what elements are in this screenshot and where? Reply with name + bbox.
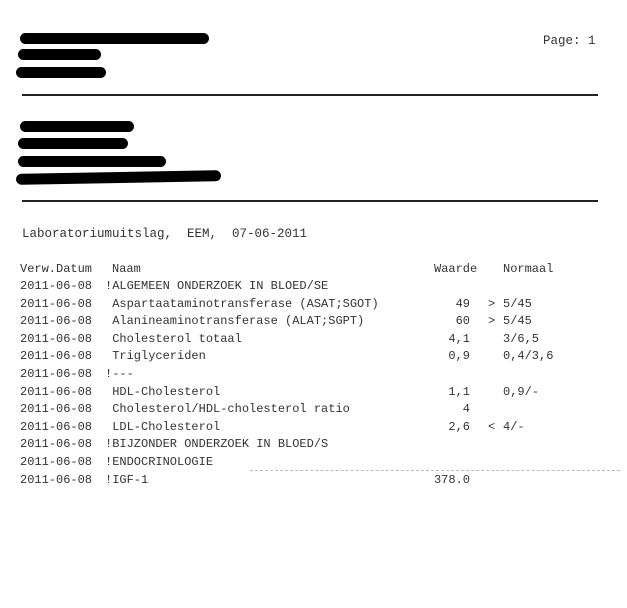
table-row: 2011-06-08!BIJZONDER ONDERZOEK IN BLOED/… [20, 437, 610, 454]
table-row: 2011-06-08 HDL-Cholesterol1,10,9/- [20, 385, 610, 402]
col-normal: Normaal [503, 262, 553, 276]
row-date: 2011-06-08 [20, 437, 92, 451]
row-date: 2011-06-08 [20, 332, 92, 346]
row-value: 378.0 [420, 473, 470, 487]
table-header: Verw.Datum Naam Waarde Normaal [20, 262, 610, 279]
row-value: 2,6 [420, 420, 470, 434]
row-normal: 3/6,5 [503, 332, 539, 346]
row-name: LDL-Cholesterol [105, 420, 220, 434]
row-date: 2011-06-08 [20, 314, 92, 328]
redacted-name [20, 33, 209, 44]
row-value: 4,1 [420, 332, 470, 346]
table-row: 2011-06-08 Triglyceriden0,90,4/3,6 [20, 349, 610, 366]
redacted-birthdate [16, 170, 221, 185]
row-name: Aspartaataminotransferase (ASAT;SGOT) [105, 297, 379, 311]
row-value: 0,9 [420, 349, 470, 363]
row-normal: 0,4/3,6 [503, 349, 553, 363]
col-date: Verw.Datum [20, 262, 92, 276]
row-value: 4 [420, 402, 470, 416]
row-date: 2011-06-08 [20, 473, 92, 487]
redacted-postcode [18, 156, 166, 167]
row-value: 1,1 [420, 385, 470, 399]
table-row: 2011-06-08 Cholesterol/HDL-cholesterol r… [20, 402, 610, 419]
row-name: Alanineaminotransferase (ALAT;SGPT) [105, 314, 364, 328]
row-name: !ALGEMEEN ONDERZOEK IN BLOED/SE [105, 279, 328, 293]
table-row: 2011-06-08 Aspartaataminotransferase (AS… [20, 297, 610, 314]
table-row: 2011-06-08!--- [20, 367, 610, 384]
row-date: 2011-06-08 [20, 455, 92, 469]
row-date: 2011-06-08 [20, 367, 92, 381]
divider [22, 94, 598, 96]
row-name: Triglyceriden [105, 349, 206, 363]
row-value: 49 [420, 297, 470, 311]
report-title: Laboratoriumuitslag, EEM, 07-06-2011 [22, 227, 307, 241]
row-name: Cholesterol/HDL-cholesterol ratio [105, 402, 350, 416]
row-date: 2011-06-08 [20, 349, 92, 363]
col-name: Naam [112, 262, 141, 276]
col-value: Waarde [434, 262, 477, 276]
row-name: Cholesterol totaal [105, 332, 242, 346]
row-date: 2011-06-08 [20, 297, 92, 311]
redacted-address [18, 138, 128, 149]
row-normal: 5/45 [503, 297, 532, 311]
divider [22, 200, 598, 202]
row-date: 2011-06-08 [20, 279, 92, 293]
table-row: 2011-06-08 Alanineaminotransferase (ALAT… [20, 314, 610, 331]
row-flag: > [488, 297, 495, 311]
row-date: 2011-06-08 [20, 385, 92, 399]
scan-artifact [250, 470, 620, 472]
row-date: 2011-06-08 [20, 402, 92, 416]
row-flag: > [488, 314, 495, 328]
row-normal: 4/- [503, 420, 525, 434]
row-name: !ENDOCRINOLOGIE [105, 455, 213, 469]
row-flag: < [488, 420, 495, 434]
table-row: 2011-06-08 Cholesterol totaal4,13/6,5 [20, 332, 610, 349]
redacted-line [18, 49, 101, 60]
row-normal: 5/45 [503, 314, 532, 328]
row-value: 60 [420, 314, 470, 328]
row-name: !IGF-1 [105, 473, 148, 487]
table-row: 2011-06-08 LDL-Cholesterol2,6<4/- [20, 420, 610, 437]
redacted-patient-name [20, 121, 134, 132]
redacted-line [16, 67, 106, 78]
row-normal: 0,9/- [503, 385, 539, 399]
table-row: 2011-06-08!ALGEMEEN ONDERZOEK IN BLOED/S… [20, 279, 610, 296]
row-date: 2011-06-08 [20, 420, 92, 434]
page-number: Page: 1 [543, 34, 596, 48]
row-name: !BIJZONDER ONDERZOEK IN BLOED/S [105, 437, 328, 451]
table-row: 2011-06-08!IGF-1378.0 [20, 473, 610, 490]
row-name: !--- [105, 367, 134, 381]
row-name: HDL-Cholesterol [105, 385, 220, 399]
